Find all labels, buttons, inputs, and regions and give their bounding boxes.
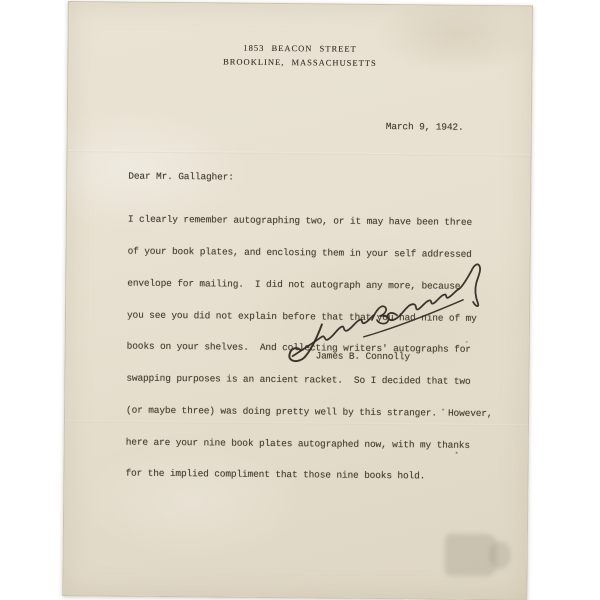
signature-stroke — [372, 306, 389, 323]
letterhead-street: 1853 BEACON STREET — [69, 41, 532, 55]
body-line: (or maybe three) was doing pretty well b… — [126, 405, 492, 419]
body-line: for the implied compliment that those ni… — [125, 469, 491, 483]
paper-speck — [442, 409, 444, 411]
letter-date: March 9, 1942. — [386, 122, 464, 133]
salutation: Dear Mr. Gallagher: — [128, 172, 234, 184]
typed-signature-name: James B. Connolly — [316, 351, 410, 362]
paper-fold-crease — [68, 150, 531, 156]
body-line: I clearly remember autographing two, or … — [128, 215, 494, 229]
paper-speck — [456, 452, 458, 454]
letter-page: 1853 BEACON STREET BROOKLINE, MASSACHUSE… — [62, 1, 533, 600]
letterhead-city: BROOKLINE, MASSACHUSETTS — [68, 55, 531, 69]
stamp-smudge-bump — [489, 541, 511, 569]
body-line: swapping purposes is an ancient racket. … — [126, 374, 492, 388]
scan-background: 1853 BEACON STREET BROOKLINE, MASSACHUSE… — [0, 0, 600, 600]
body-line: here are your nine book plates autograph… — [126, 437, 492, 451]
paper-speck — [466, 341, 468, 343]
